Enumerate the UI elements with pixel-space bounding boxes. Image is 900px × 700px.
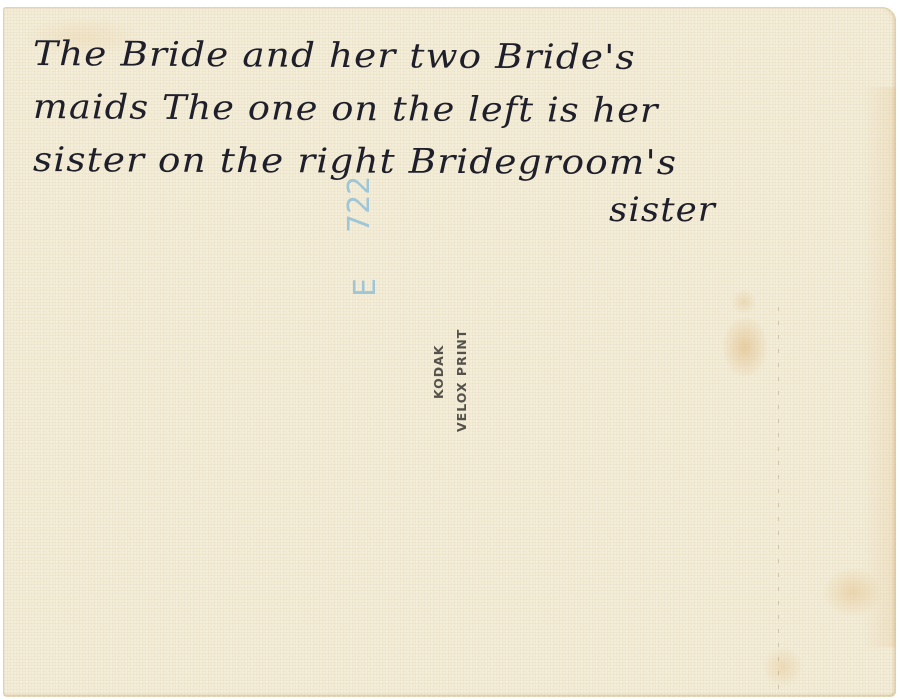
foxing-stain bbox=[763, 647, 803, 687]
handwritten-line-3: sister on the right Bridegroom's bbox=[33, 143, 677, 180]
paper-crease bbox=[778, 307, 779, 697]
photo-card-back: The Bride and her two Bride's maids The … bbox=[3, 7, 896, 697]
foxing-stain bbox=[731, 289, 757, 315]
archival-number-mark: 722 bbox=[345, 176, 375, 233]
foxing-stain bbox=[723, 317, 767, 377]
kodak-stamp-line-1: KODAK bbox=[431, 345, 446, 400]
foxing-stain bbox=[823, 567, 883, 617]
handwritten-line-2: maids The one on the left is her bbox=[33, 90, 659, 128]
archival-letter-mark: E bbox=[351, 278, 381, 297]
photo-scan: The Bride and her two Bride's maids The … bbox=[0, 0, 900, 700]
handwritten-line-4: sister bbox=[609, 193, 716, 227]
handwritten-line-1: The Bride and her two Bride's bbox=[33, 37, 636, 75]
edge-discoloration bbox=[863, 87, 896, 647]
kodak-stamp-line-2: VELOX PRINT bbox=[454, 329, 469, 432]
